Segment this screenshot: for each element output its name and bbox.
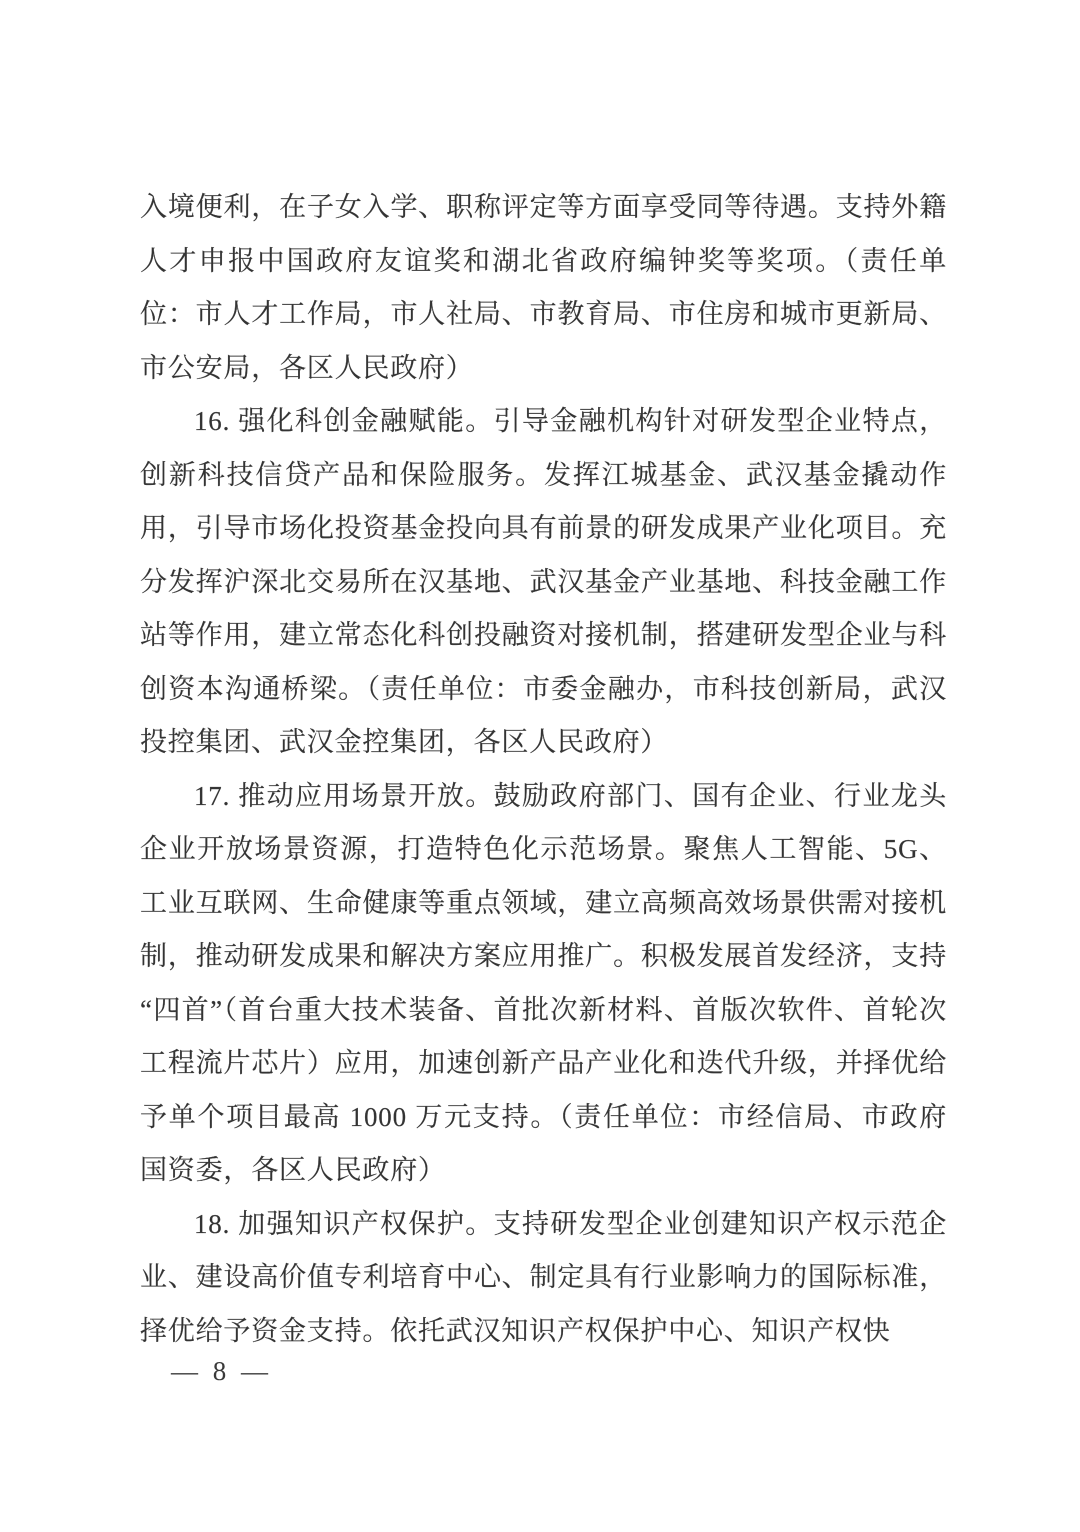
paragraph-18: 18. 加强知识产权保护。支持研发型企业创建知识产权示范企业、建设高价值专利培育… [140,1198,947,1359]
paragraph-17: 17. 推动应用场景开放。鼓励政府部门、国有企业、行业龙头企业开放场景资源，打造… [140,770,947,1198]
paragraph-16: 16. 强化科创金融赋能。引导金融机构针对研发型企业特点，创新科技信贷产品和保险… [140,395,947,770]
document-page: 入境便利，在子女入学、职称评定等方面享受同等待遇。支持外籍人才申报中国政府友谊奖… [0,0,1080,1532]
document-body: 入境便利，在子女入学、职称评定等方面享受同等待遇。支持外籍人才申报中国政府友谊奖… [140,181,947,1358]
paragraph-15-continuation: 入境便利，在子女入学、职称评定等方面享受同等待遇。支持外籍人才申报中国政府友谊奖… [140,181,947,395]
page-number: — 8 — [171,1356,272,1387]
